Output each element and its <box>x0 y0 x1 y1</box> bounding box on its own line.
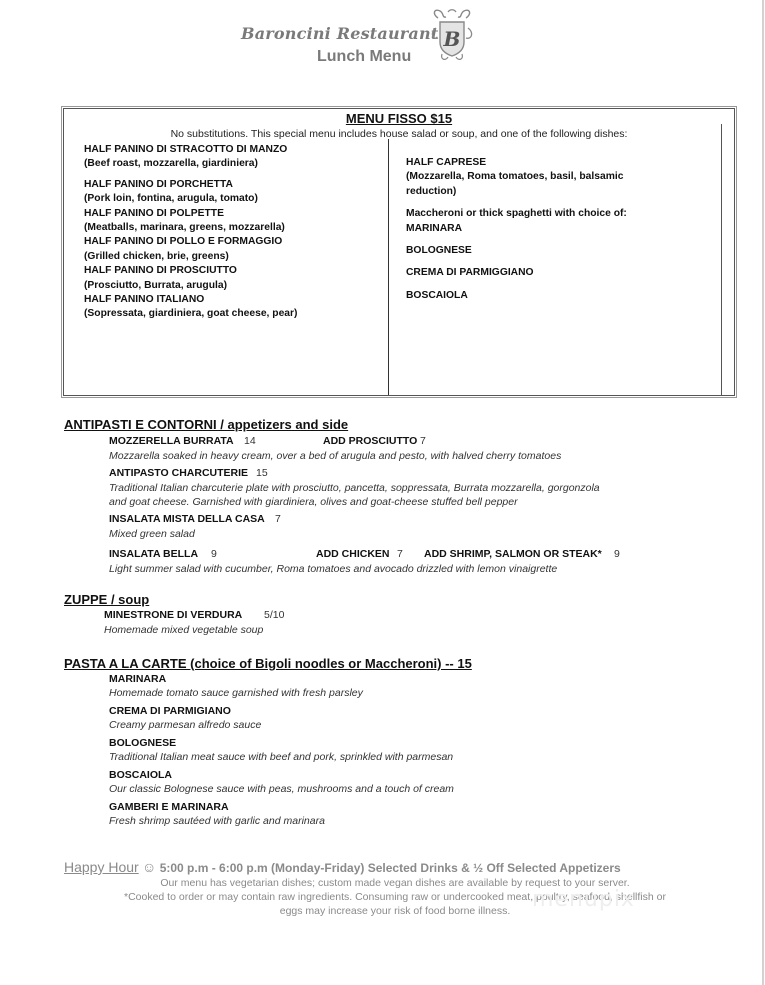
item-price: 7 <box>275 513 281 525</box>
item-price: 15 <box>256 467 268 479</box>
fisso-right-column: HALF CAPRESE (Mozzarella, Roma tomatoes,… <box>406 156 706 303</box>
item-desc: (Prosciutto, Burrata, arugula) <box>84 279 384 293</box>
restaurant-name: Baroncini Restaurant <box>241 24 438 43</box>
page-edge <box>762 0 764 985</box>
menu-fisso-note: No substitutions. This special menu incl… <box>64 128 734 140</box>
list-item: HALF PANINO DI POLPETTE (Meatballs, mari… <box>84 207 384 236</box>
menu-subtitle: Lunch Menu <box>317 48 411 66</box>
item-desc: Fresh shrimp sautéed with garlic and mar… <box>109 814 325 829</box>
item-desc: Traditional Italian charcuterie plate wi… <box>109 481 600 496</box>
crest-logo-icon: B <box>430 8 474 62</box>
item-desc: (Meatballs, marinara, greens, mozzarella… <box>84 221 384 235</box>
item-desc: Mixed green salad <box>109 527 195 542</box>
box-inner-border <box>721 124 722 395</box>
item-desc: Homemade mixed vegetable soup <box>104 623 263 638</box>
sauce-option: BOLOGNESE <box>406 244 706 258</box>
item-price: 9 <box>211 548 217 560</box>
zuppe-heading: ZUPPE / soup <box>64 592 149 607</box>
item-name: GAMBERI E MARINARA <box>109 801 229 813</box>
item-desc: Light summer salad with cucumber, Roma t… <box>109 562 557 577</box>
item-name: CREMA DI PARMIGIANO <box>109 705 231 717</box>
item-name: MARINARA <box>109 673 166 685</box>
happy-hour-text: 5:00 p.m - 6:00 p.m (Monday-Friday) Sele… <box>160 861 621 875</box>
smiley-icon: ☺ <box>142 859 156 875</box>
addon-name: ADD CHICKEN <box>316 548 390 560</box>
item-desc: Our classic Bolognese sauce with peas, m… <box>109 782 454 797</box>
item-name: HALF PANINO DI POLPETTE <box>84 207 384 221</box>
item-name: HALF PANINO DI PORCHETTA <box>84 178 384 192</box>
item-name: HALF PANINO DI STRACOTTO DI MANZO <box>84 143 384 157</box>
addon-name: ADD PROSCIUTTO <box>323 435 417 447</box>
addon-price: 7 <box>397 548 403 560</box>
list-item: HALF PANINO DI POLLO E FORMAGGIO (Grille… <box>84 235 384 264</box>
addon-name: ADD SHRIMP, SALMON OR STEAK* <box>424 548 602 560</box>
addon-price: 7 <box>420 435 426 447</box>
item-name: INSALATA BELLA <box>109 548 198 560</box>
happy-hour-label: Happy Hour <box>64 859 139 875</box>
item-name: HALF PANINO DI POLLO E FORMAGGIO <box>84 235 384 249</box>
item-name: BOLOGNESE <box>109 737 176 749</box>
item-desc: Creamy parmesan alfredo sauce <box>109 718 261 733</box>
list-item: HALF PANINO DI PROSCIUTTO (Prosciutto, B… <box>84 264 384 293</box>
item-name: BOSCAIOLA <box>109 769 172 781</box>
column-divider <box>388 139 389 395</box>
item-price: 14 <box>244 435 256 447</box>
list-item: HALF PANINO DI STRACOTTO DI MANZO (Beef … <box>84 143 384 172</box>
sauce-option: MARINARA <box>406 222 706 236</box>
list-item: HALF PANINO ITALIANO (Sopressata, giardi… <box>84 293 384 322</box>
item-price: 5/10 <box>264 609 284 621</box>
list-item: HALF PANINO DI PORCHETTA (Pork loin, fon… <box>84 178 384 207</box>
item-name: INSALATA MISTA DELLA CASA <box>109 513 265 525</box>
addon-price: 9 <box>614 548 620 560</box>
item-desc: Traditional Italian meat sauce with beef… <box>109 750 453 765</box>
fisso-left-column: HALF PANINO DI STRACOTTO DI MANZO (Beef … <box>84 143 384 322</box>
item-desc: Mozzarella soaked in heavy cream, over a… <box>109 449 561 464</box>
item-desc: Homemade tomato sauce garnished with fre… <box>109 686 363 701</box>
pasta-heading: PASTA A LA CARTE (choice of Bigoli noodl… <box>64 656 472 671</box>
antipasti-heading: ANTIPASTI E CONTORNI / appetizers and si… <box>64 417 348 432</box>
item-name: MINESTRONE DI VERDURA <box>104 609 242 621</box>
menu-header: Baroncini Restaurant Lunch Menu B <box>0 0 765 80</box>
item-desc: (Beef roast, mozzarella, giardiniera) <box>84 157 384 171</box>
caprese-name: HALF CAPRESE <box>406 156 706 170</box>
menu-fisso-title: MENU FISSO $15 <box>64 111 734 126</box>
item-desc: and goat cheese. Garnished with giardini… <box>109 495 518 510</box>
item-name: HALF PANINO ITALIANO <box>84 293 384 307</box>
item-desc: (Pork loin, fontina, arugula, tomato) <box>84 192 384 206</box>
pasta-intro: Maccheroni or thick spaghetti with choic… <box>406 207 706 221</box>
menu-fisso-box: MENU FISSO $15 No substitutions. This sp… <box>63 108 735 396</box>
sauce-option: CREMA DI PARMIGGIANO <box>406 266 706 280</box>
happy-hour-line: Happy Hour ☺ 5:00 p.m - 6:00 p.m (Monday… <box>64 859 621 875</box>
item-name: HALF PANINO DI PROSCIUTTO <box>84 264 384 278</box>
caprese-desc: (Mozzarella, Roma tomatoes, basil, balsa… <box>406 170 666 199</box>
item-name: ANTIPASTO CHARCUTERIE <box>109 467 248 479</box>
item-desc: (Sopressata, giardiniera, goat cheese, p… <box>84 307 384 321</box>
sauce-option: BOSCAIOLA <box>406 289 706 303</box>
item-name: MOZZERELLA BURRATA <box>109 435 234 447</box>
svg-text:B: B <box>443 27 461 51</box>
item-desc: (Grilled chicken, brie, greens) <box>84 250 384 264</box>
watermark: menupix <box>532 887 635 912</box>
